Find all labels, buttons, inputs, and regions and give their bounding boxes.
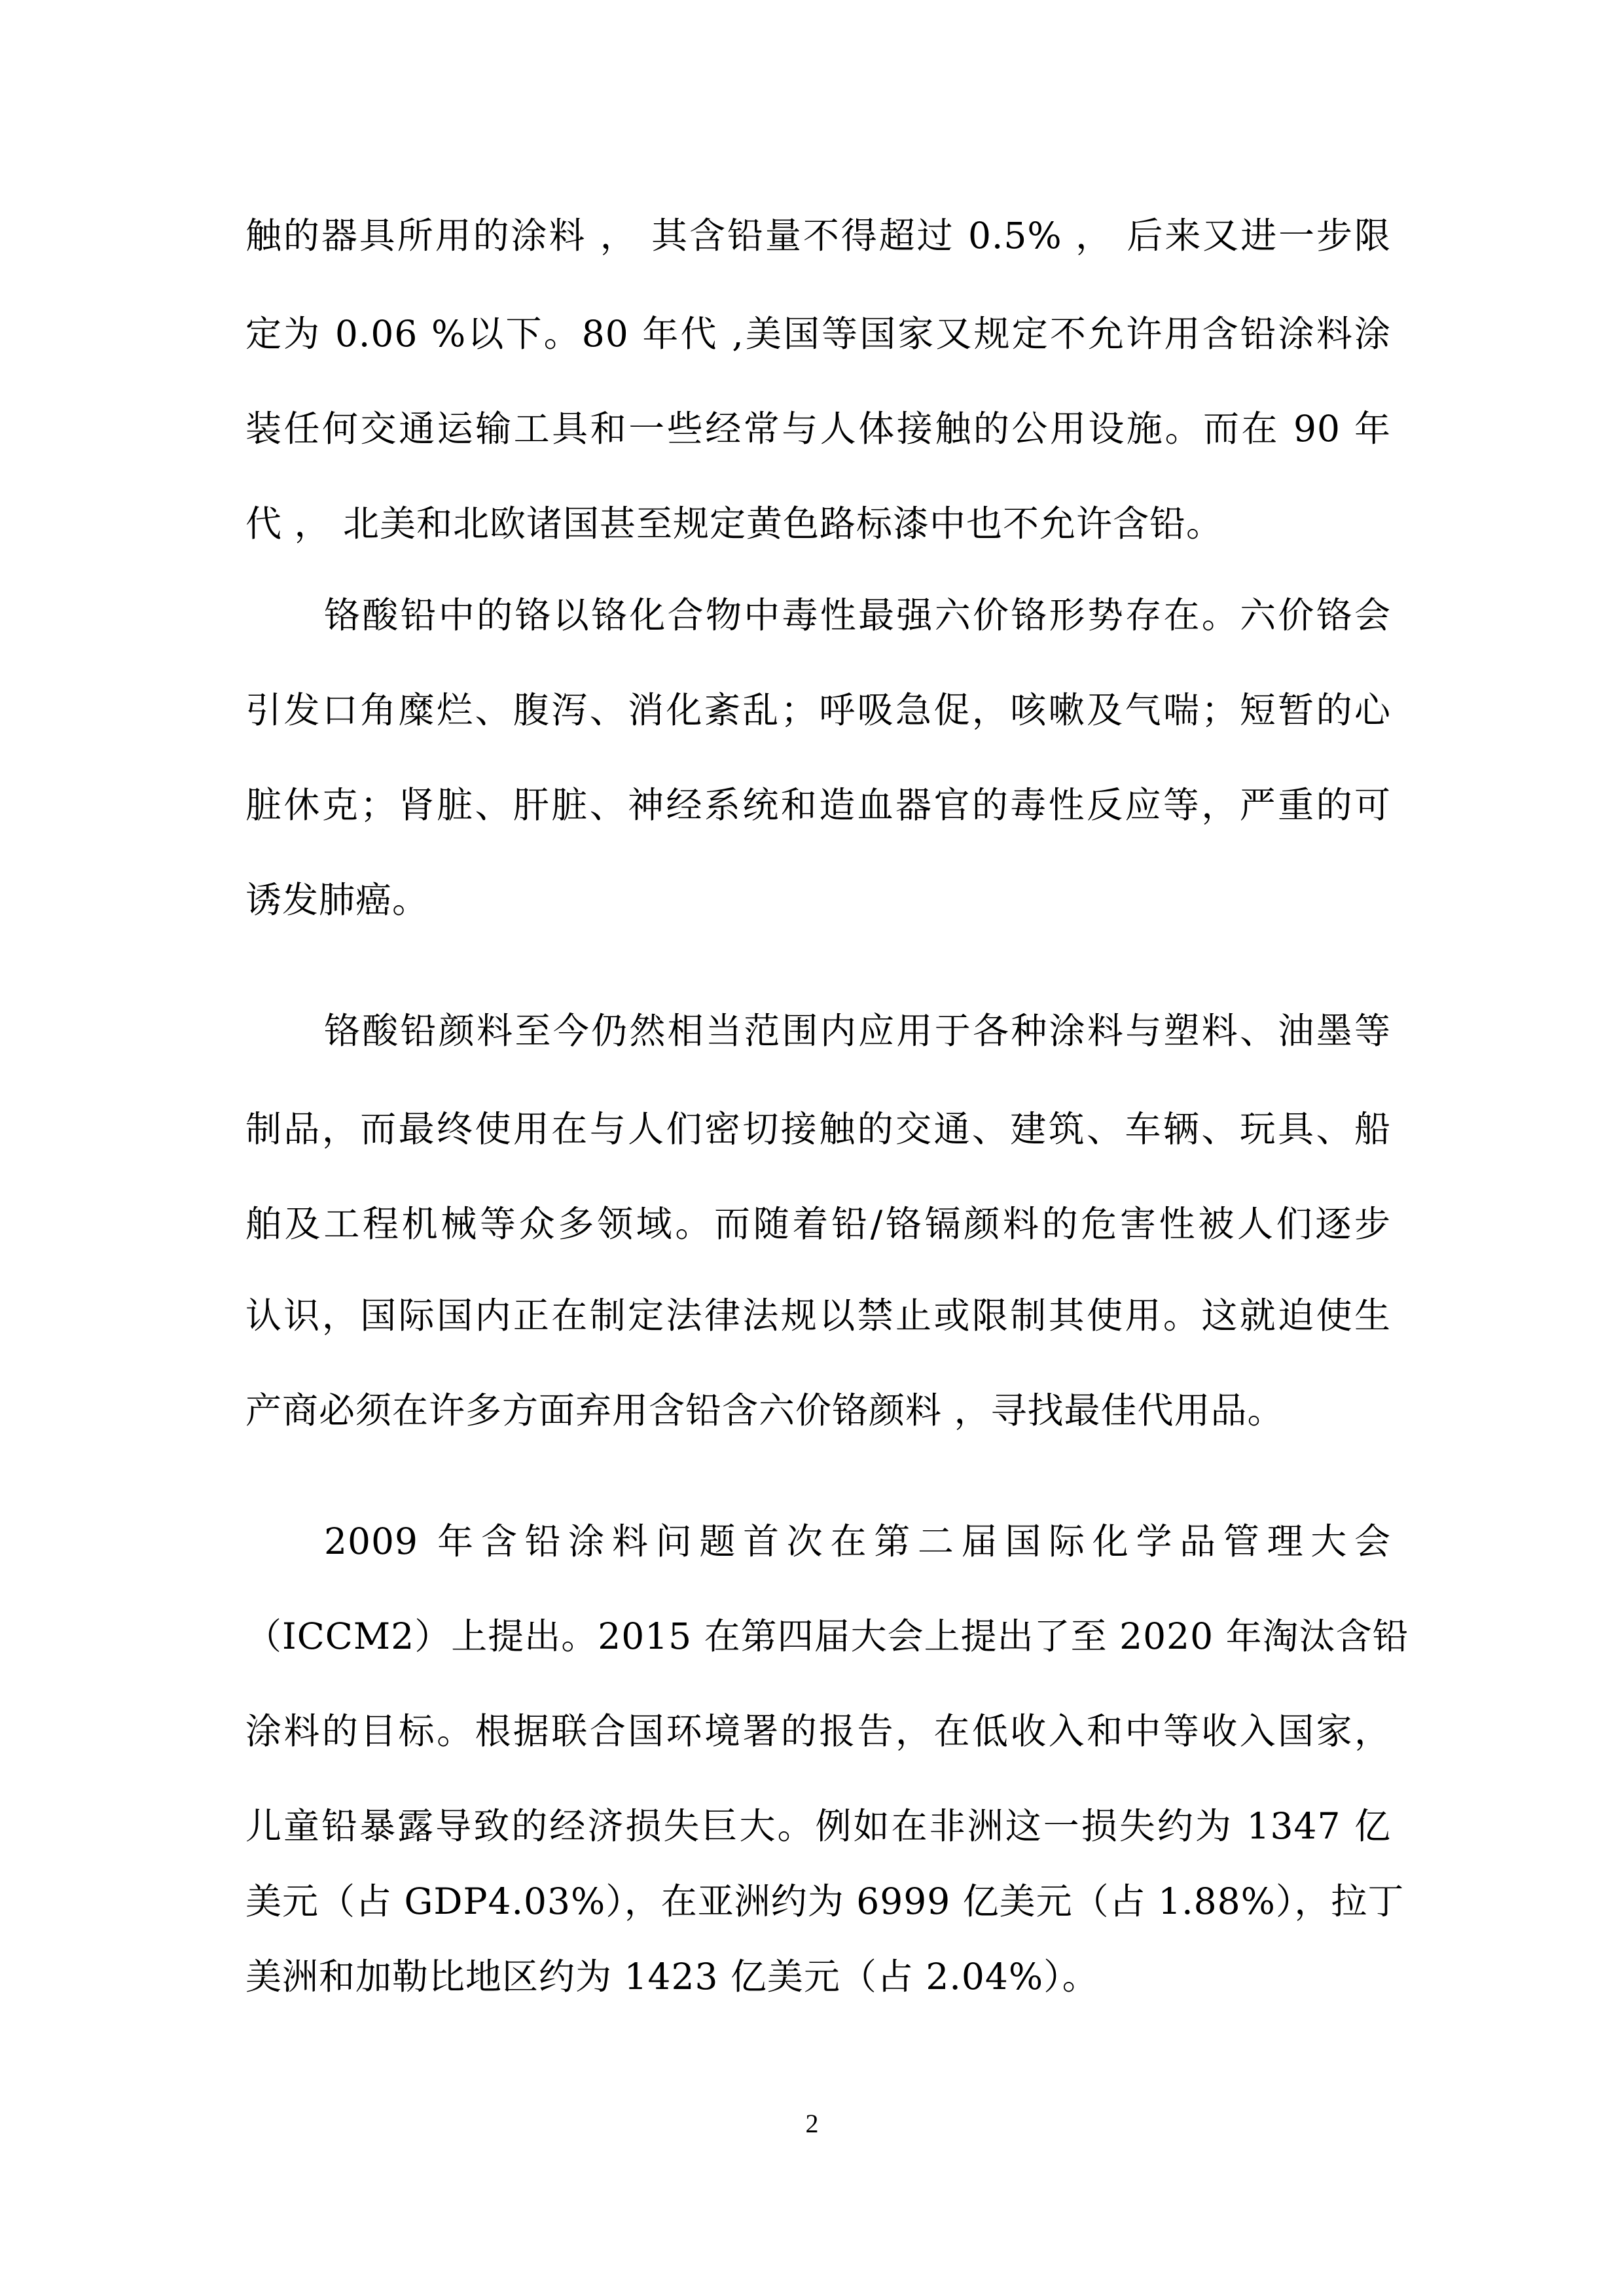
text-line: 代 ， 北美和北欧诸国甚至规定黄色路标漆中也不允许含铅。 [245,501,1391,547]
text-line: 诱发肺癌。 [245,877,1391,923]
text-line: 装任何交通运输工具和一些经常与人体接触的公用设施。而在 90 年 [245,406,1391,452]
text-line: 美元（占 GDP4.03%），在亚洲约为 6999 亿美元（占 1.88%），拉… [245,1878,1391,1924]
text-line: 美洲和加勒比地区约为 1423 亿美元（占 2.04%）。 [245,1954,1391,2000]
text-line: 认识，国际国内正在制定法律法规以禁止或限制其使用。这就迫使生 [245,1293,1391,1338]
text-line: 制品，而最终使用在与人们密切接触的交通、建筑、车辆、玩具、船 [245,1106,1391,1152]
text-line: 定为 0.06 %以下。80 年代 ,美国等国家又规定不允许用含铅涂料涂 [245,311,1391,357]
text-line: 儿童铅暴露导致的经济损失巨大。例如在非洲这一损失约为 1347 亿 [245,1803,1391,1849]
text-line: 舶及工程机械等众多领域。而随着铅/铬镉颜料的危害性被人们逐步 [245,1201,1391,1247]
text-line: 2009 年含铅涂料问题首次在第二届国际化学品管理大会 [324,1518,1391,1564]
text-line: 铬酸铅中的铬以铬化合物中毒性最强六价铬形势存在。六价铬会 [324,592,1391,638]
text-line: 脏休克；肾脏、肝脏、神经系统和造血器官的毒性反应等，严重的可 [245,782,1391,828]
text-line: 铬酸铅颜料至今仍然相当范围内应用于各种涂料与塑料、油墨等 [324,1008,1391,1054]
text-line: 涂料的目标。根据联合国环境署的报告，在低收入和中等收入国家， [245,1708,1391,1754]
page-number: 2 [0,2108,1624,2140]
document-page: 触的器具所用的涂料 ， 其含铅量不得超过 0.5% ， 后来又进一步限 定为 0… [0,0,1624,2296]
text-line: （ICCM2）上提出。2015 在第四届大会上提出了至 2020 年淘汰含铅 [245,1613,1391,1659]
text-line: 产商必须在许多方面弃用含铅含六价铬颜料 ，寻找最佳代用品。 [245,1388,1391,1433]
text-line: 触的器具所用的涂料 ， 其含铅量不得超过 0.5% ， 后来又进一步限 [245,213,1391,259]
text-line: 引发口角糜烂、腹泻、消化紊乱；呼吸急促，咳嗽及气喘；短暂的心 [245,687,1391,733]
